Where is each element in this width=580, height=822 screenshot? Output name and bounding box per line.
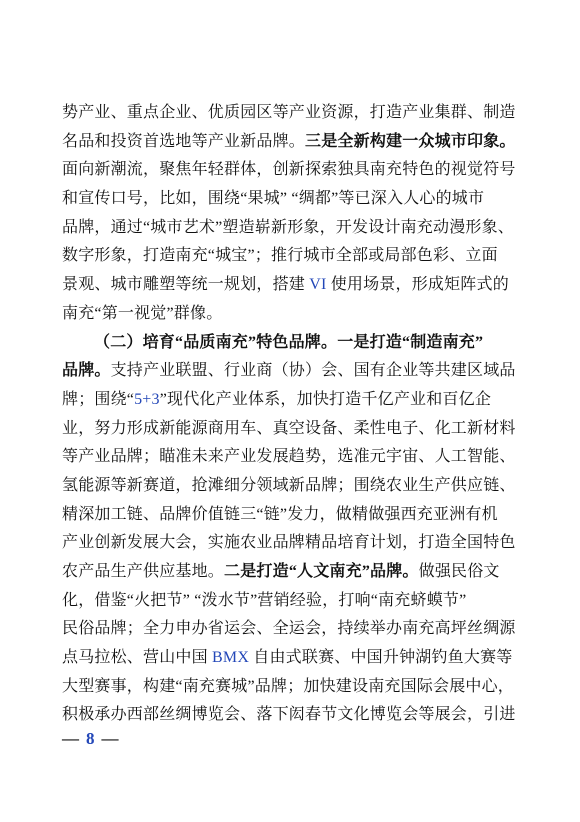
text-line: 名品和投资首选地等产业新品牌。三是全新构建一众城市印象。	[62, 128, 522, 157]
emphasis-text: 品牌。	[62, 362, 111, 379]
body-text: 自由式联赛、中国升钟湖钓鱼大赛等	[249, 649, 512, 666]
footer-dash-right: —	[102, 728, 119, 750]
page-number: 8	[86, 728, 95, 750]
body-text: 等产业品牌；瞄准未来产业发展趋势，选准元宇宙、人工智能、	[62, 448, 516, 465]
body-text: 和宣传口号，比如，围绕“果城” “绸都”等已深入人心的城市	[62, 190, 484, 207]
body-text: 氢能源等新赛道，抢滩细分领域新品牌；围绕农业生产供应链、	[62, 477, 516, 494]
text-line: 大型赛事，构建“南充赛城”品牌；加快建设南充国际会展中心，	[62, 673, 522, 702]
body-text: 积极承办西部丝绸博览会、落下闳春节文化博览会等展会，引进	[62, 706, 516, 723]
text-line: 景观、城市雕塑等统一规划，搭建 VI 使用场景，形成矩阵式的	[62, 271, 522, 300]
text-line: 精深加工链、品牌价值链三“链”发力，做精做强西充亚洲有机	[62, 501, 522, 530]
body-text: 品牌，通过“城市艺术”塑造崭新形象，开发设计南充动漫形象、	[62, 219, 514, 236]
body-text: 数字形象，打造南充“城宝”；推行城市全部或局部色彩、立面	[62, 247, 498, 264]
text-line: 势产业、重点企业、优质园区等产业资源，打造产业集群、制造	[62, 99, 522, 128]
body-text: 精深加工链、品牌价值链三“链”发力，做精做强西充亚洲有机	[62, 506, 498, 523]
document-body: 势产业、重点企业、优质园区等产业资源，打造产业集群、制造名品和投资首选地等产业新…	[62, 99, 522, 730]
body-text: 名品和投资首选地等产业新品牌。	[62, 133, 305, 150]
accent-text: 5+3	[134, 391, 160, 408]
text-line: 和宣传口号，比如，围绕“果城” “绸都”等已深入人心的城市	[62, 185, 522, 214]
accent-text: BMX	[212, 649, 249, 666]
emphasis-text: 三是全新构建一众城市印象。	[305, 133, 516, 150]
text-line: 数字形象，打造南充“城宝”；推行城市全部或局部色彩、立面	[62, 242, 522, 271]
body-text: 农产品生产供应基地。	[62, 563, 224, 580]
accent-text: VI	[309, 276, 326, 293]
document-page: 势产业、重点企业、优质园区等产业资源，打造产业集群、制造名品和投资首选地等产业新…	[0, 0, 580, 822]
emphasis-text: （二）培育“品质南充”特色品牌。一是打造“制造南充”	[94, 334, 483, 351]
text-line: 农产品生产供应基地。二是打造“人文南充”品牌。做强民俗文	[62, 558, 522, 587]
text-line: 民俗品牌；全力申办省运会、全运会，持续举办南充高坪丝绸源	[62, 615, 522, 644]
body-text: 景观、城市雕塑等统一规划，搭建	[62, 276, 309, 293]
body-text: 点马拉松、营山中国	[62, 649, 212, 666]
body-text: 支持产业联盟、行业商（协）会、国有企业等共建区域品	[111, 362, 516, 379]
body-text: 面向新潮流，聚焦年轻群体，创新探索独具南充特色的视觉符号	[62, 161, 516, 178]
text-line: 牌；围绕“5+3”现代化产业体系，加快打造千亿产业和百亿企	[62, 386, 522, 415]
text-line: 面向新潮流，聚焦年轻群体，创新探索独具南充特色的视觉符号	[62, 156, 522, 185]
body-text: 使用场景，形成矩阵式的	[327, 276, 509, 293]
text-line: 积极承办西部丝绸博览会、落下闳春节文化博览会等展会，引进	[62, 701, 522, 730]
emphasis-text: 二是打造“人文南充”品牌。	[224, 563, 419, 580]
text-line: 产业创新发展大会，实施农业品牌精品培育计划，打造全国特色	[62, 529, 522, 558]
text-line: 点马拉松、营山中国 BMX 自由式联赛、中国升钟湖钓鱼大赛等	[62, 644, 522, 673]
text-line: 南充“第一视觉”群像。	[62, 300, 522, 329]
text-line: 化，借鉴“火把节” “泼水节”营销经验，打响“南充蛴蟆节”	[62, 587, 522, 616]
body-text: 南充“第一视觉”群像。	[62, 305, 222, 322]
body-text: 势产业、重点企业、优质园区等产业资源，打造产业集群、制造	[62, 104, 516, 121]
text-line: 品牌，通过“城市艺术”塑造崭新形象，开发设计南充动漫形象、	[62, 214, 522, 243]
body-text: 产业创新发展大会，实施农业品牌精品培育计划，打造全国特色	[62, 534, 516, 551]
body-text: 化，借鉴“火把节” “泼水节”营销经验，打响“南充蛴蟆节”	[62, 592, 466, 609]
text-line: 品牌。支持产业联盟、行业商（协）会、国有企业等共建区域品	[62, 357, 522, 386]
body-text: 民俗品牌；全力申办省运会、全运会，持续举办南充高坪丝绸源	[62, 620, 516, 637]
text-line: 氢能源等新赛道，抢滩细分领域新品牌；围绕农业生产供应链、	[62, 472, 522, 501]
text-line: （二）培育“品质南充”特色品牌。一是打造“制造南充”	[62, 329, 522, 358]
page-footer: — 8 —	[62, 728, 119, 750]
footer-dash-left: —	[62, 728, 79, 750]
text-line: 业，努力形成新能源商用车、真空设备、柔性电子、化工新材料	[62, 415, 522, 444]
body-text: 业，努力形成新能源商用车、真空设备、柔性电子、化工新材料	[62, 420, 516, 437]
body-text: 大型赛事，构建“南充赛城”品牌；加快建设南充国际会展中心，	[62, 678, 514, 695]
body-text: ”现代化产业体系，加快打造千亿产业和百亿企	[160, 391, 491, 408]
text-line: 等产业品牌；瞄准未来产业发展趋势，选准元宇宙、人工智能、	[62, 443, 522, 472]
body-text: 做强民俗文	[419, 563, 500, 580]
body-text: 牌；围绕“	[62, 391, 134, 408]
